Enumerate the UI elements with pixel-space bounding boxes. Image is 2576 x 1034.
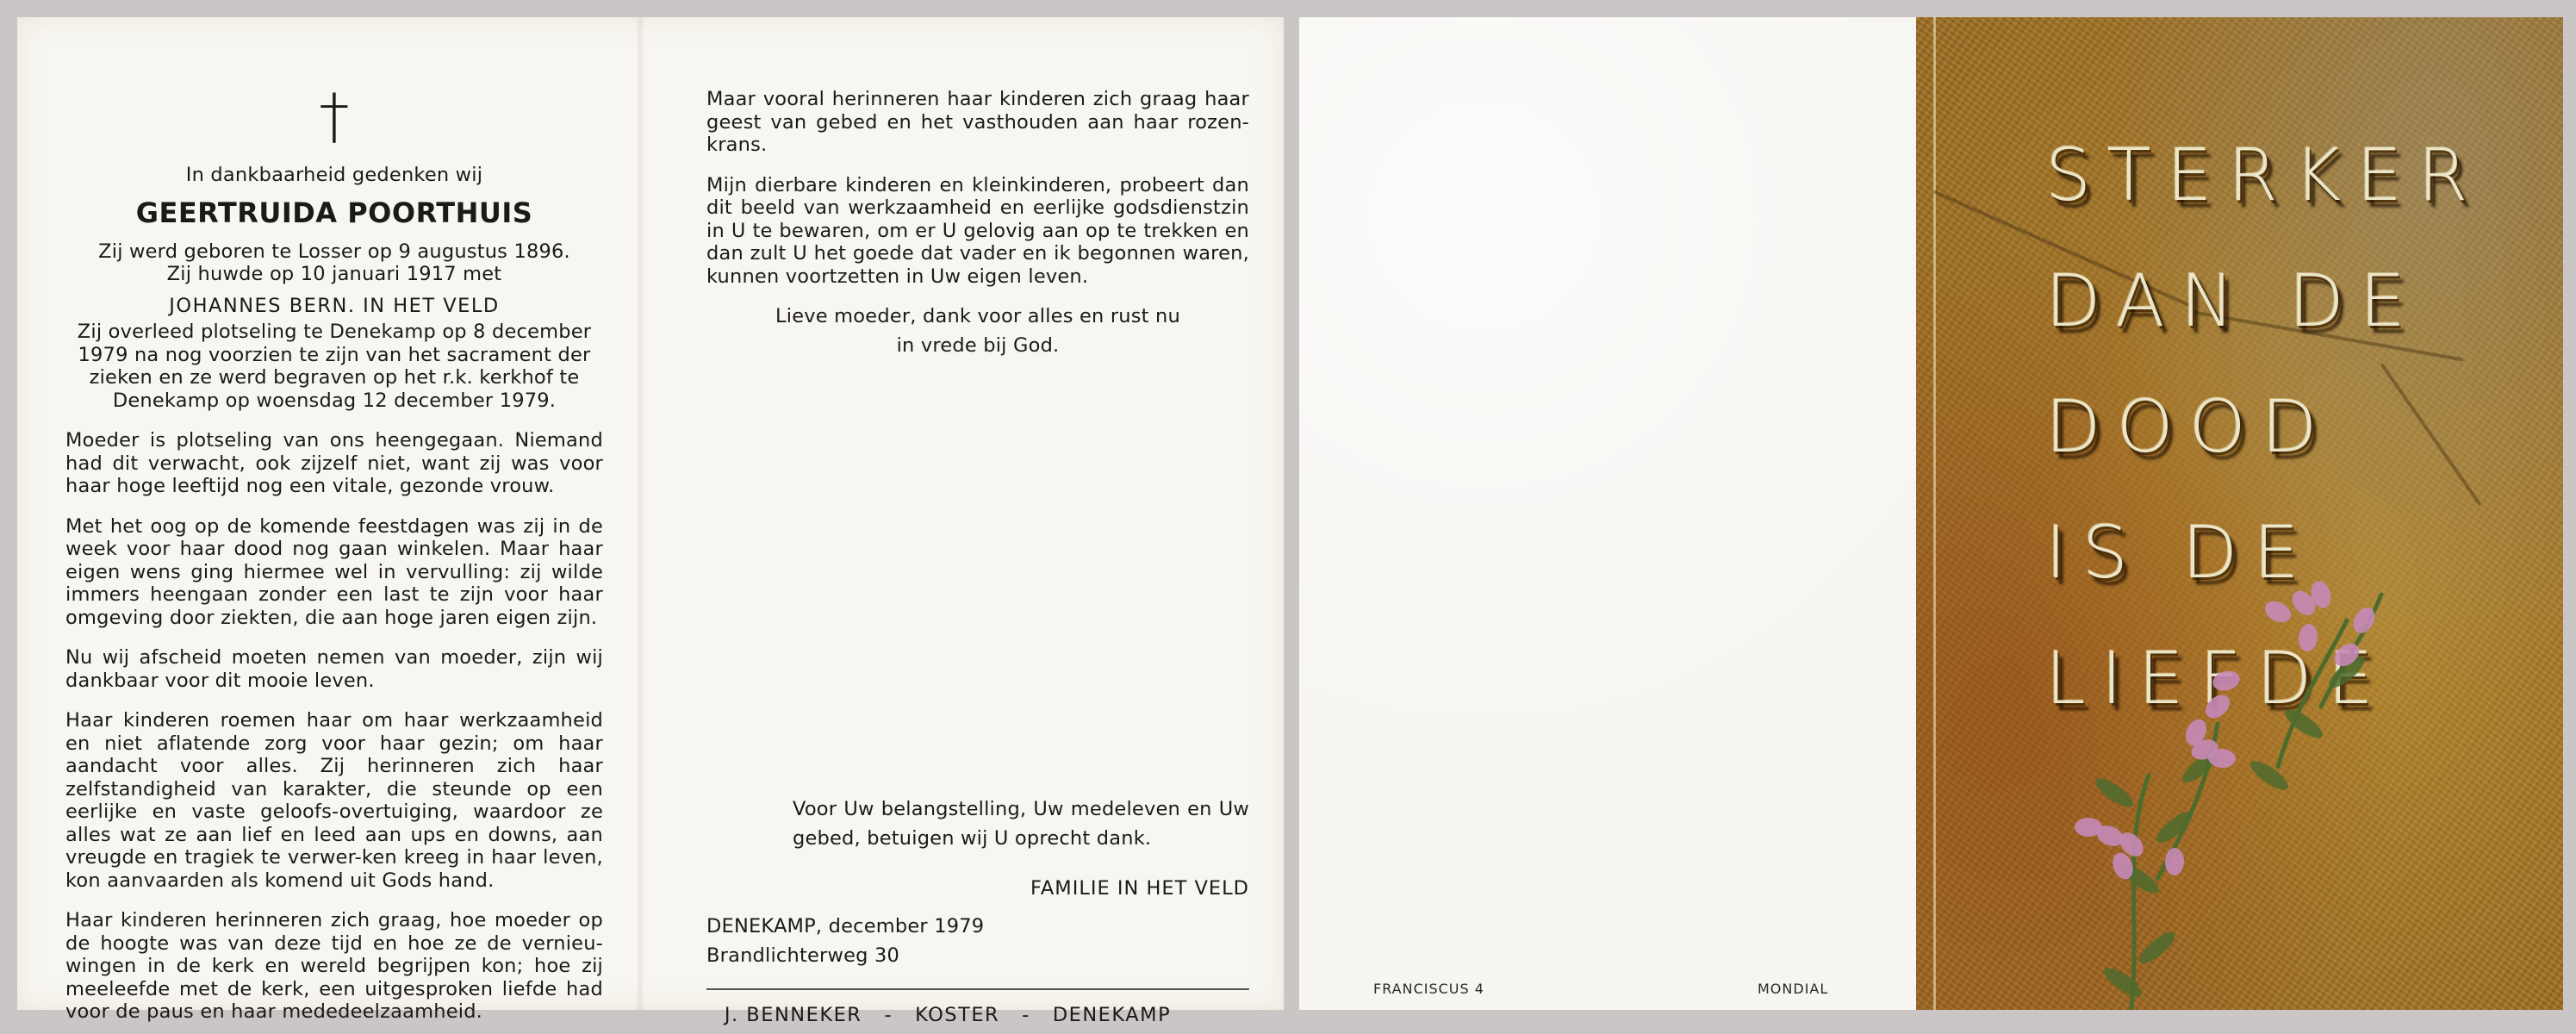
card-fold [636, 17, 644, 1010]
family-signature: FAMILIE IN HET VELD [1030, 877, 1249, 900]
body-paragraph: Met het oog op de komende feestdagen was… [65, 515, 603, 630]
printer-name: J. BENNEKER [725, 1004, 862, 1026]
printer-credit: J. BENNEKER-KOSTER-DENEKAMP [706, 1004, 1189, 1027]
flowers-illustration [1916, 17, 2563, 1010]
back-panel: FRANCISCUS 4 MONDIAL [1299, 17, 1916, 1010]
address: Brandlichterweg 30 [706, 941, 984, 970]
printer-separator: - [884, 1004, 893, 1027]
farewell-line-2: in vrede bij God. [706, 331, 1249, 360]
cover-photo: STERKER DAN DE DOOD IS DE LIEFDE [1916, 17, 2563, 1010]
birth-line: Zij werd geboren te Losser op 9 augustus… [65, 240, 603, 264]
place-date: DENEKAMP, december 1979 [706, 912, 984, 941]
printer-separator: - [1022, 1004, 1030, 1027]
deceased-name: GEERTRUIDA POORTHUIS [65, 194, 603, 232]
series-imprint: FRANCISCUS 4 [1373, 981, 1484, 997]
body-paragraph: Haar kinderen roemen haar om haar werkza… [65, 709, 603, 892]
place-and-address: DENEKAMP, december 1979 Brandlichterweg … [706, 912, 984, 970]
printer-town: DENEKAMP [1053, 1004, 1171, 1026]
memorial-card-inside-spread: † In dankbaarheid gedenken wij GEERTRUID… [17, 17, 1284, 1010]
body-paragraph: Maar vooral herinneren haar kinderen zic… [706, 88, 1249, 157]
page-right: Maar vooral herinneren haar kinderen zic… [706, 69, 1249, 360]
farewell-line-1: Lieve moeder, dank voor alles en rust nu [706, 302, 1249, 331]
divider-line [706, 988, 1249, 990]
publisher-imprint: MONDIAL [1758, 981, 1828, 997]
page-left: † In dankbaarheid gedenken wij GEERTRUID… [65, 69, 603, 1024]
body-paragraph: Nu wij afscheid moeten nemen van moeder,… [65, 646, 603, 692]
printer-role: KOSTER [915, 1004, 999, 1026]
body-paragraph: Haar kinderen herinneren zich graag, hoe… [65, 909, 603, 1024]
cross-icon: † [65, 86, 603, 146]
body-paragraph: Moeder is plotseling van ons heengegaan.… [65, 429, 603, 498]
thanks-paragraph: Voor Uw belangstelling, Uw medeleven en … [793, 794, 1249, 853]
intro-line: In dankbaarheid gedenken wij [65, 164, 603, 187]
marriage-line: Zij huwde op 10 januari 1917 met [65, 263, 603, 286]
death-paragraph: Zij overleed plotseling te Denekamp op 8… [65, 321, 603, 412]
memorial-card-outside-spread: FRANCISCUS 4 MONDIAL STERKER DAN DE DOOD… [1299, 17, 2563, 1010]
spouse-name: JOHANNES BERN. IN HET VELD [65, 295, 603, 318]
body-paragraph: Mijn dierbare kinderen en kleinkinderen,… [706, 174, 1249, 289]
